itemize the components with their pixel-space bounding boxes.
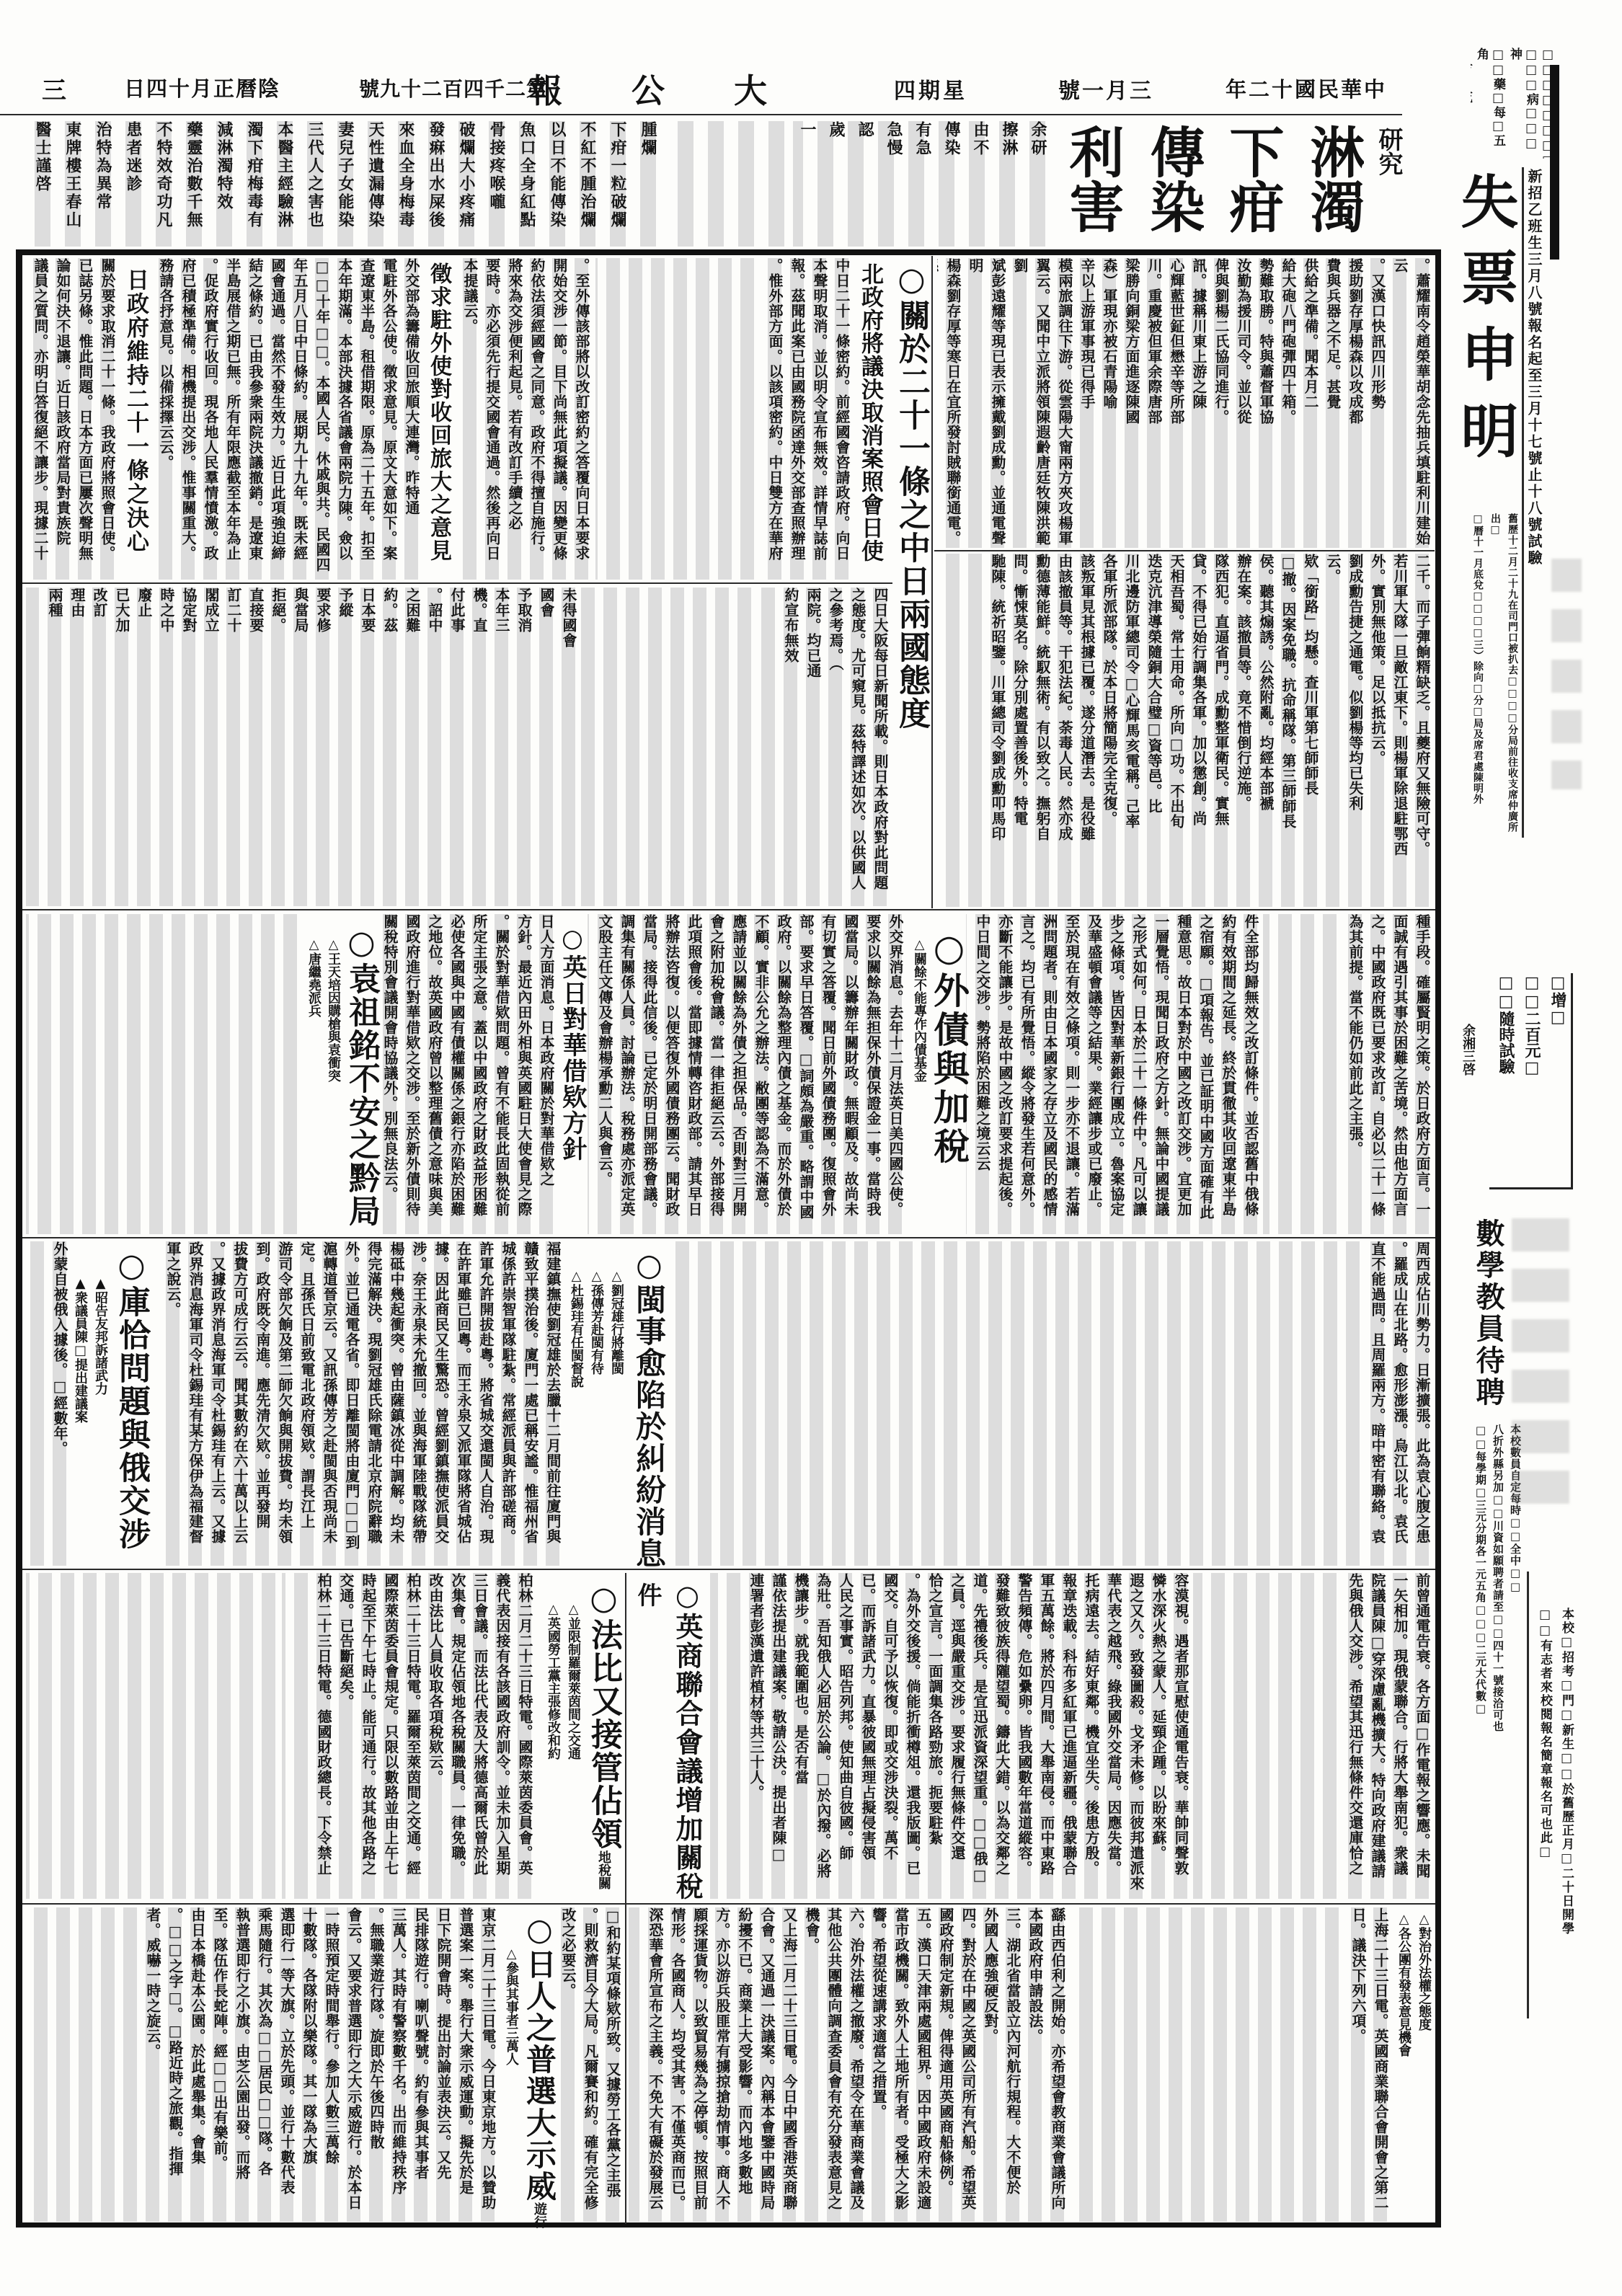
headline-text: ○日人之普選大示威: [522, 1912, 557, 2202]
headline-franco-belgian-customs: ○法比又接管佔領地稅關: [585, 1580, 621, 1897]
ad-signature: 余湘三啓: [1459, 1024, 1476, 1110]
subheadline: ▲昭告友邦訴諸武力: [91, 1276, 110, 1395]
headline-guizhou-unrest: ○袁祖銘不安之黔局: [345, 924, 378, 1234]
british-chamber-tariff-body: 繇由西伯利之開始。亦希望會教商業會議所向 本國政府申請設法。 三。湖北省當設立內…: [629, 1907, 1068, 2222]
headline-british-chamber-tariff: ○英商聯合會議增加關稅: [667, 1579, 707, 1900]
column-divider: [625, 1573, 626, 2224]
venereal-ad-title-line: 下疳: [1221, 124, 1283, 249]
subheadline: ▲衆議員陳□提出建議案: [71, 1276, 89, 1423]
headline-annotation: 遊行: [532, 2202, 547, 2228]
franco-belgian-customs-body: □和約某項條欵所致。又據勞工各黨之主張 。則救濟目今大局。凡爾賽和約。確有完全修…: [557, 1907, 624, 2222]
medical-doctor-ad: 腫爛 下疳一粒破爛 不紅不腫治爛 以日不能傳染 魚口全身紅點 骨接疼喉嚨 破爛大…: [22, 121, 663, 247]
tier-divider: [22, 1237, 1435, 1238]
medicine-shop-ad: □□□□□□□□ □□□病□□□神 □□藥□每□五角 □有□花□□□口廿大 □□…: [1471, 48, 1556, 159]
anglo-japanese-loan-body: 日人方面消息。日本政府關於對華借欵之 方針。最近內田外相與英國駐日大使會見之際 …: [378, 914, 557, 1234]
illegible-text-area: [26, 914, 301, 1234]
guizhou-unrest-body: 周西成佔川勢力。日漸擴張。此為袁心腹之患 。羅成山在北路。愈形澎漲。烏江以北。袁…: [1366, 1241, 1433, 1566]
peking-cancellation-body: 中日二十一條密約。前經國會咨請政府。向日 本聲明取消。並以明令宣布無效。詳情早誌…: [761, 258, 853, 580]
tier-divider: [22, 1903, 1435, 1905]
header-rule: [0, 114, 1402, 115]
venereal-ad-title-prefix: 研究: [1374, 127, 1403, 192]
headline-anglo-japanese-loan: ○英日對華借欵方針: [559, 924, 585, 1184]
math-teacher-wanted-title: 數學教員待聘: [1471, 1218, 1505, 1413]
ad-divider: [1527, 1572, 1529, 2018]
foreign-debt-tariff-body: 外交界消息。去年十二月法英日美四國公使。 要求以關餘為無担保外債保證金一事。當時…: [588, 914, 906, 1234]
twenty-one-demands-body: 未得國會 國會 予取消 本年三 機。直 付此事 。詔中 之困難 約。茲 日本要 …: [26, 588, 580, 906]
headline-annotation: 地稅關: [596, 1850, 611, 1889]
tier-divider: [22, 1569, 1435, 1570]
school-admission-notice: 新招乙班生三月八號報名起至三月十七號止十八號試驗: [1524, 169, 1544, 572]
subheadline: △並限制羅爾萊茵間之交通: [564, 1602, 582, 1760]
illegible-text-area: [595, 258, 758, 580]
illegible-ad-text: [665, 121, 792, 247]
urga-kiakhta-body: 容漠視。遇者那宣慰使通電告衰。華帥同聲敦 憐水深火熱之蒙人。延頸企踵。以盼來蘇。…: [710, 1573, 1192, 1899]
bleed-through-marks: [1551, 559, 1582, 789]
newspaper-page: 三 陰曆正月十四日 第二千四百二十九號 大公報 星期四 三月一號 中華民國十二年…: [0, 0, 1622, 2296]
subheadline: △各公團有發表意見機會: [1394, 1912, 1413, 2057]
fujian-dispute-body: 福建鎮撫使劉冠雄於去臘十二月間前往廈門與 贛致平撲治後。廈門一處已稱安謐。惟福州…: [160, 1241, 564, 1566]
headline-foreign-debt-tariff: ○外債與加稅: [930, 926, 967, 1171]
headline-continuation: 件: [634, 1582, 660, 1607]
masthead-title: 大公報: [591, 65, 836, 112]
lost-ticket-notice-body: 舊歷十二月二十九在司門口被扒去□□□□分局前往收支席仲廣所出□ □曆十一月底兌□…: [1468, 513, 1521, 839]
venereal-ad-title-line: 利害: [1061, 124, 1123, 249]
publication-date: 三月一號: [1058, 73, 1153, 105]
issue-number: 第二千四百二十九號: [359, 74, 547, 102]
lunar-date: 陰曆正月十四日: [124, 73, 280, 102]
peking-cancellation-body: 。至外傳該部將以改訂密約之答覆向日本要求 開始交涉一節。目下尚無此項擬議。因變更…: [454, 258, 593, 580]
sichuan-war-news-body: 。蕭耀南令趙榮華胡念先抽兵填駐利川建始云 。又漢口快訊四川形勢 援助劉存厚楊森以…: [937, 258, 1433, 548]
venereal-ad-title-line: 淋濁: [1302, 124, 1364, 249]
publication-year: 中華民國十二年: [1226, 74, 1387, 103]
japan-resolve-body: 關於要求取消二十一條。我政府將照會日使。 已誌另條。惟此問題。日本方面已屢次聲明…: [26, 258, 118, 580]
headline-port-arthur-dairen: 徵求駐外使對收回旅大之意見: [425, 262, 451, 580]
headline-japan-resolve: 日政府維持二十一條之決心: [123, 268, 149, 578]
subheadline: △杜錫珪有任閩督說: [567, 1269, 585, 1388]
japan-suffrage-demonstration-body: 東京二月二十三日電。今日東京地方。以贊助 普選案一案。舉行大衆示威運動。擬先於是…: [26, 1907, 499, 2222]
ad-border-bar: [1550, 65, 1559, 260]
headline-peking-cancellation-note: 北政府將議決取消案照會日使: [856, 262, 884, 580]
british-chamber-tariff-body: 上海二十三日電。英國商業聯合會開會之第二 日。議決下列六項。: [1345, 1907, 1391, 2222]
port-arthur-dairen-body: 外交部為籌備收回旅順大連灣。昨特通 電駐外各公使。徵求意見。原文大意如下。案 查…: [151, 258, 422, 580]
subheadline: △唐繼堯派兵: [304, 937, 323, 1017]
tier-divider: [22, 582, 892, 584]
column-divider: [931, 256, 933, 908]
subheadline: △關餘不能專作內債基金: [910, 937, 929, 1082]
twenty-one-demands-body: 件全部均歸無效之改訂條件。並否認舊中俄條 約有效期間之延長。終於貫徹其收回遼東半…: [966, 914, 1262, 1234]
illegible-text-area: [1193, 1573, 1341, 1899]
illegible-text-area: [581, 588, 755, 906]
weekday: 星期四: [894, 73, 967, 105]
bleed-through-marks: [1512, 1218, 1569, 1521]
sichuan-war-news-body: 二千。而子彈餉糈缺乏。且夔府又無險可守。 若川軍大隊一旦敵江東下。則楊軍除退駐鄂…: [937, 554, 1433, 907]
page-number: 三: [42, 71, 66, 106]
school-enrollment-notice: 本校□招考□門□新生□□於舊歷正月□二十日開學 □□有志者來校閱報名簡章報名可也…: [1533, 1608, 1577, 2011]
twenty-one-demands-body: 四日大阪每日新聞所載。則日本政府對此問題 之態度。尤可窺見。茲特譯述如次。以供國…: [757, 588, 891, 906]
urga-kiakhta-body: 外蒙自被俄入據後。□經數年。: [26, 1241, 71, 1566]
subheadline: △參與其事者三萬人: [502, 1946, 520, 2065]
lost-ticket-notice-title: 失票申明: [1452, 172, 1518, 510]
tier-divider: [22, 909, 1435, 910]
twenty-one-demands-body: 種手段。確屬賢明之策。於日政府方面言。一 面誠有遇引其事於困難之苦境。然由他方面…: [1342, 914, 1433, 1234]
headline-twenty-one-demands: ○關於二十一條之中日兩國態度: [892, 261, 930, 737]
venereal-ad-title-line: 傳染: [1142, 124, 1204, 249]
subheadline: △孫傳芳赴閩有待: [587, 1269, 606, 1375]
subheadline: △劉冠雄行將離閩: [607, 1269, 626, 1375]
headline-fujian-dispute: ○閩事愈陷於糾紛消息: [630, 1247, 668, 1568]
tier-divider: [934, 550, 1435, 551]
venereal-ad-intro: 余研 擦淋 由不 傳染 有急 急慢 認 歲 一: [793, 121, 1052, 247]
illegible-text-area: [1071, 1907, 1343, 2222]
franco-belgian-customs-body: 柏林二月二十三日特電。國際萊茵委員會。英 義代表因接有各該國政府訓令。並未加入星…: [282, 1573, 536, 1899]
headline-japan-suffrage-demonstration: ○日人之普選大示威遊行: [523, 1912, 556, 2222]
urga-kiakhta-body: 前曾通電告衰。各方面□作電報之響應。未聞 一矢相加。現俄蒙聯合。行將大舉南犯。衆…: [1342, 1573, 1433, 1899]
illegible-text-area: [1263, 914, 1341, 1234]
subheadline: △英國勞工黨主張修改和約: [544, 1602, 562, 1760]
illegible-text-area: [672, 1241, 1364, 1566]
boxed-ad: □增□ □□二百元□ □□隨時試驗: [1489, 973, 1573, 1189]
headline-urga-kiakhta-russia: ○庫恰問題與俄交涉: [114, 1247, 149, 1557]
subheadline: △對治外法權之態度: [1414, 1912, 1433, 2031]
headline-text: ○法比又接管佔領: [585, 1580, 622, 1850]
illegible-text-area: [26, 1573, 280, 1899]
subheadline: △王天培因購槍與袁衝突: [324, 937, 342, 1082]
